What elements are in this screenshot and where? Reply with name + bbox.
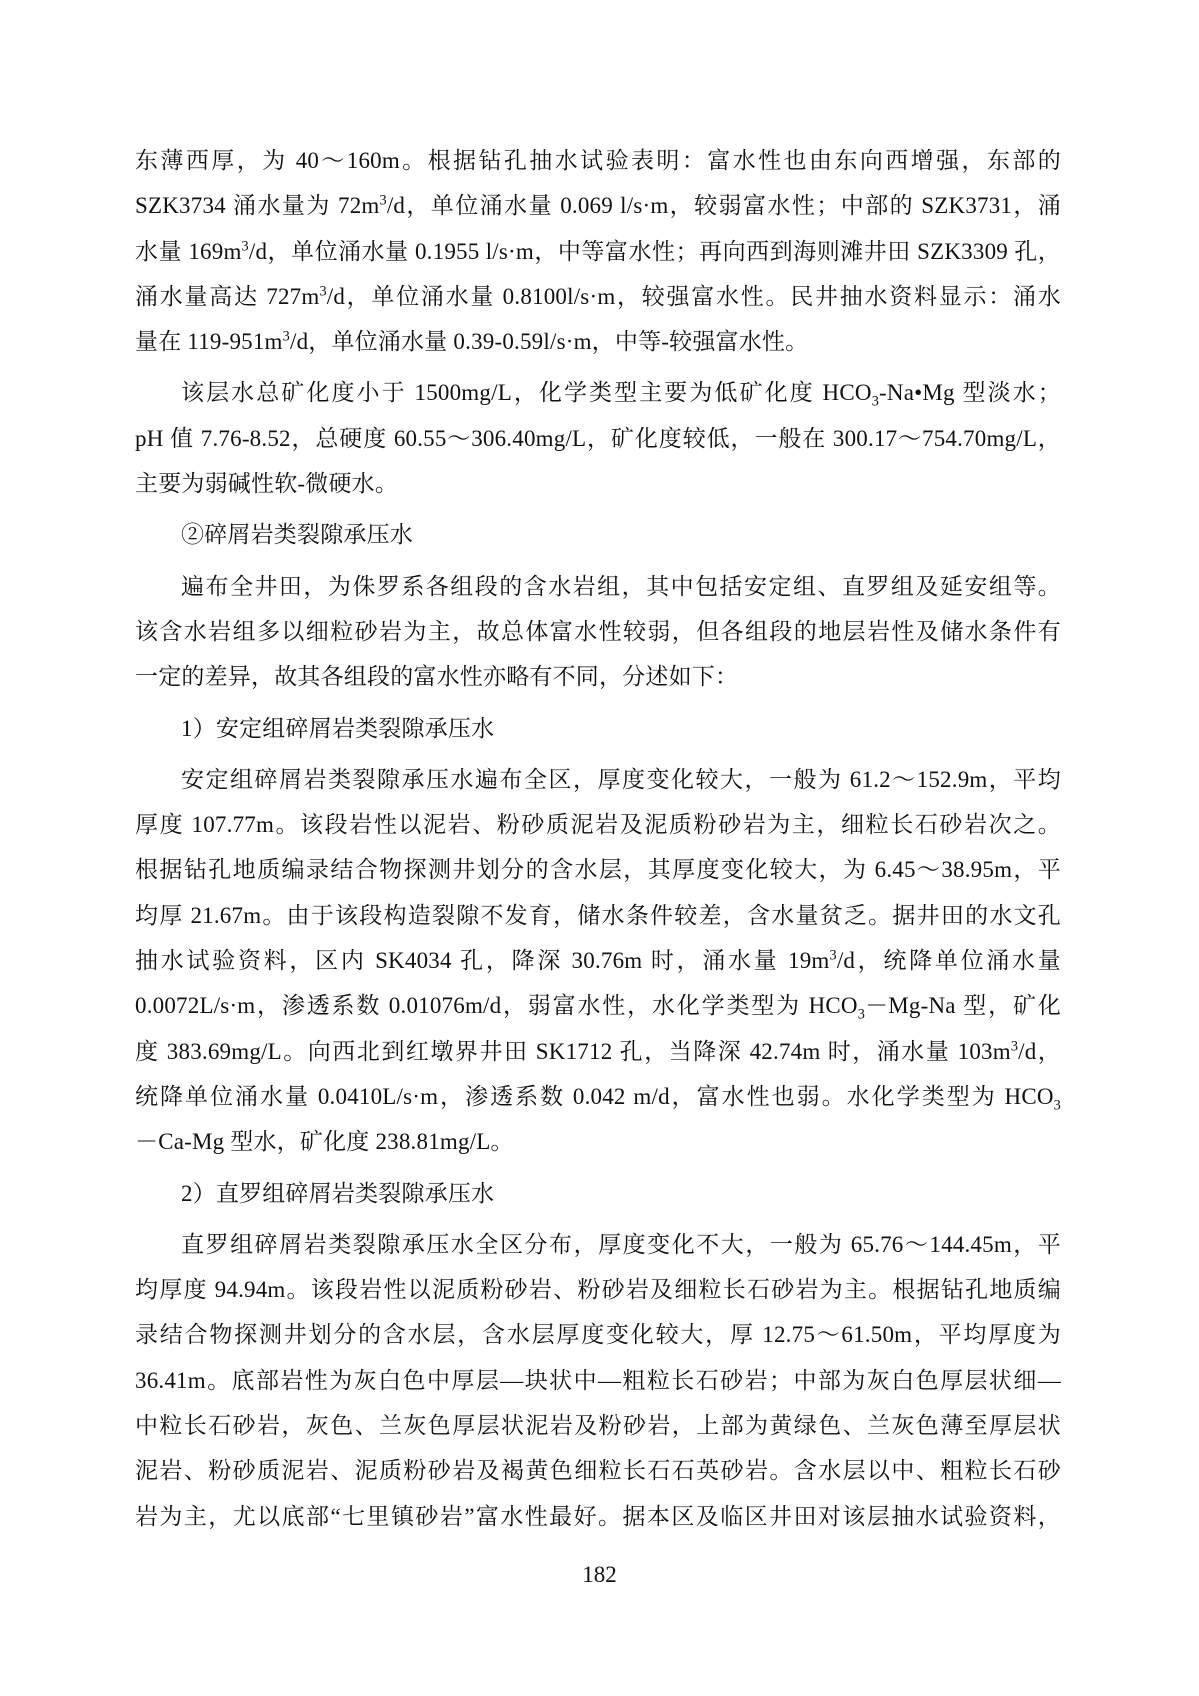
- text-line: 36.41m。底部岩性为灰白色中厚层—块状中—粗粒长石砂岩；中部为灰白色厚层状细…: [135, 1358, 1061, 1403]
- text-line: 根据钻孔地质编录结合物探测井划分的含水层，其厚度变化较大，为 6.45～38.9…: [135, 847, 1061, 892]
- text-line: 厚度 107.77m。该段岩性以泥岩、粉砂质泥岩及泥质粉砂岩为主，细粒长石砂岩次…: [135, 802, 1061, 847]
- text-line: 水量 169m3/d，单位涌水量 0.1955 l/s·m，中等富水性；再向西到…: [135, 229, 1061, 274]
- text-line: 一定的差异，故其各组段的富水性亦略有不同，分述如下：: [135, 654, 1061, 699]
- text-line: 度 383.69mg/L。向西北到红墩界井田 SK1712 孔，当降深 42.7…: [135, 1029, 1061, 1074]
- text-line: 岩为主，尤以底部“七里镇砂岩”富水性最好。据本区及临区井田对该层抽水试验资料，: [135, 1494, 1061, 1539]
- text-line: 东薄西厚，为 40～160m。根据钻孔抽水试验表明：富水性也由东向西增强，东部的: [135, 138, 1061, 183]
- text-line: 抽水试验资料，区内 SK4034 孔，降深 30.76m 时，涌水量 19m3/…: [135, 938, 1061, 983]
- text-line: 均厚 21.67m。由于该段构造裂隙不发育，储水条件较差，含水量贫乏。据井田的水…: [135, 893, 1061, 938]
- text-line: 录结合物探测井划分的含水层，含水层厚度变化较大，厚 12.75～61.50m，平…: [135, 1312, 1061, 1357]
- text-line: 泥岩、粉砂质泥岩、泥质粉砂岩及褐黄色细粒长石石英砂岩。含水层以中、粗粒长石砂: [135, 1448, 1061, 1493]
- text-line: 中粒长石砂岩，灰色、兰灰色厚层状泥岩及粉砂岩，上部为黄绿色、兰灰色薄至厚层状: [135, 1403, 1061, 1448]
- text-line: 统降单位涌水量 0.0410L/s·m，渗透系数 0.042 m/d，富水性也弱…: [135, 1074, 1061, 1119]
- text-line: 主要为弱碱性软-微硬水。: [135, 461, 1061, 506]
- text-line: 0.0072L/s·m，渗透系数 0.01076m/d，弱富水性，水化学类型为 …: [135, 983, 1061, 1028]
- text-line: 均厚度 94.94m。该段岩性以泥质粉砂岩、粉砂岩及细粒长石砂岩为主。根据钻孔地…: [135, 1267, 1061, 1312]
- text-line: 直罗组碎屑岩类裂隙承压水全区分布，厚度变化不大，一般为 65.76～144.45…: [135, 1222, 1061, 1267]
- document-page: 东薄西厚，为 40～160m。根据钻孔抽水试验表明：富水性也由东向西增强，东部的…: [0, 0, 1199, 1696]
- text-line: 1）安定组碎屑岩类裂隙承压水: [135, 706, 1061, 751]
- text-line: pH 值 7.76-8.52，总硬度 60.55～306.40mg/L，矿化度较…: [135, 416, 1061, 461]
- text-line: 2）直罗组碎屑岩类裂隙承压水: [135, 1171, 1061, 1216]
- text-line: 遍布全井田，为侏罗系各组段的含水岩组，其中包括安定组、直罗组及延安组等。: [135, 564, 1061, 609]
- text-line: 该含水岩组多以细粒砂岩为主，故总体富水性较弱，但各组段的地层岩性及储水条件有: [135, 609, 1061, 654]
- text-block: 东薄西厚，为 40～160m。根据钻孔抽水试验表明：富水性也由东向西增强，东部的…: [135, 138, 1061, 1539]
- text-line: ②碎屑岩类裂隙承压水: [135, 512, 1061, 557]
- text-line: 安定组碎屑岩类裂隙承压水遍布全区，厚度变化较大，一般为 61.2～152.9m，…: [135, 757, 1061, 802]
- text-line: SZK3734 涌水量为 72m3/d，单位涌水量 0.069 l/s·m，较弱…: [135, 183, 1061, 228]
- page-number: 182: [0, 1552, 1199, 1597]
- text-line: 量在 119-951m3/d，单位涌水量 0.39-0.59l/s·m，中等-较…: [135, 319, 1061, 364]
- text-line: 涌水量高达 727m3/d，单位涌水量 0.8100l/s·m，较强富水性。民井…: [135, 274, 1061, 319]
- text-line: －Ca-Mg 型水，矿化度 238.81mg/L。: [135, 1119, 1061, 1164]
- text-line: 该层水总矿化度小于 1500mg/L，化学类型主要为低矿化度 HCO3-Na•M…: [135, 370, 1061, 415]
